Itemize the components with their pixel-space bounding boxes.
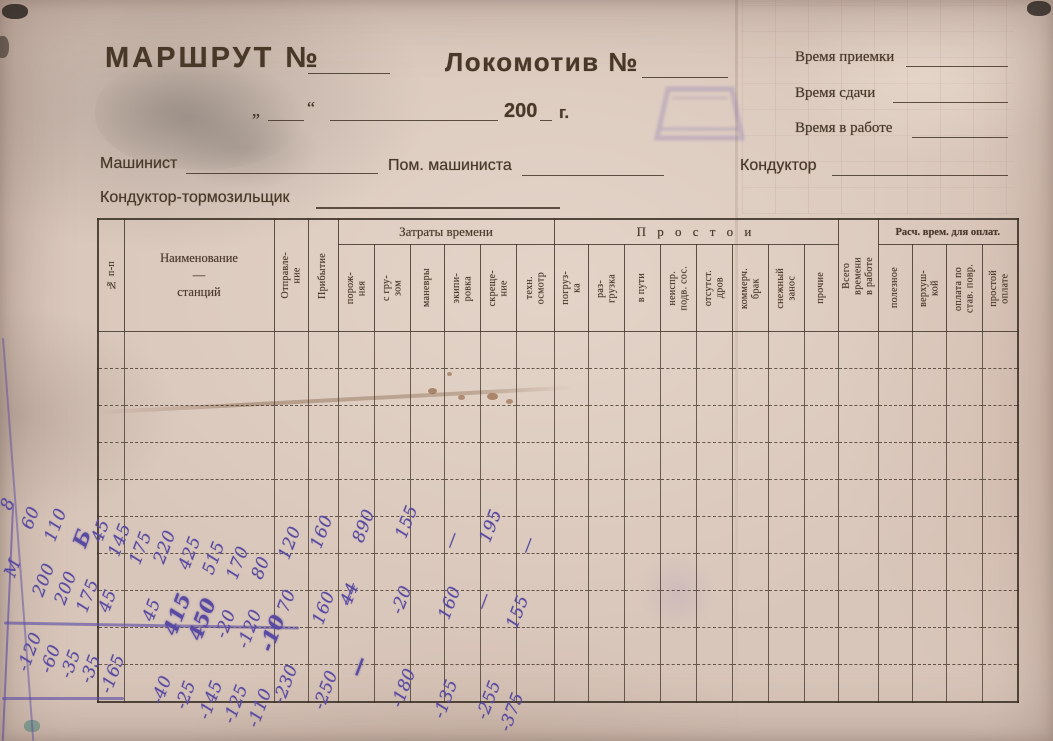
handwriting-layer: 8М60110Б4514517520020017545-120-60-35-35…	[0, 0, 1053, 741]
handwritten-number: М	[0, 556, 25, 580]
handwritten-number: -135	[429, 677, 462, 722]
handwritten-number: —	[516, 533, 541, 557]
handwritten-number: 160	[307, 513, 338, 552]
handwritten-number: 8	[0, 495, 19, 513]
handwritten-number: —	[343, 652, 373, 680]
handwritten-number: 890	[349, 507, 380, 546]
scanned-route-form: МАРШРУТ № Локомотив № „ “ 200 г. Время п…	[0, 0, 1053, 741]
handwritten-number: 155	[503, 593, 534, 632]
handwritten-number: 160	[435, 584, 466, 623]
handwritten-number: -20	[387, 583, 416, 617]
handwritten-number: 70	[274, 587, 301, 615]
handwritten-number: 120	[275, 524, 306, 563]
handwritten-number: 80	[248, 554, 275, 582]
handwritten-number: 60	[18, 504, 45, 532]
handwritten-number: -230	[269, 662, 302, 707]
handwritten-number: 44	[337, 580, 364, 608]
handwritten-number: 160	[309, 589, 340, 628]
handwritten-number: —	[440, 528, 465, 552]
handwritten-number: 195	[476, 507, 507, 546]
handwritten-number: —	[472, 589, 497, 613]
handwritten-number: -250	[309, 668, 342, 713]
handwritten-number: -180	[387, 666, 420, 711]
handwritten-number: -25	[171, 678, 200, 712]
handwritten-number: 110	[41, 506, 72, 545]
handwritten-number: 155	[392, 503, 423, 542]
